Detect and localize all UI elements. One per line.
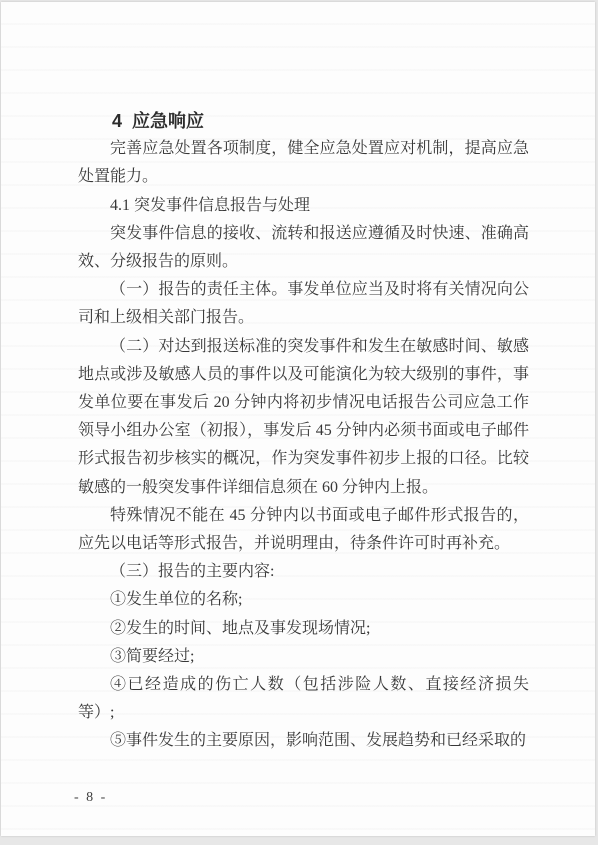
paragraph-item-3: （三）报告的主要内容: (78, 558, 529, 586)
list-item-3: ③简要经过; (78, 643, 529, 671)
scanned-document-viewport: 4 应急响应 完善应急处置各项制度，健全应急处置应对机制，提高应急处置能力。 4… (0, 0, 598, 845)
document-page: 4 应急响应 完善应急处置各项制度，健全应急处置应对机制，提高应急处置能力。 4… (1, 2, 595, 836)
paragraph-item-1: （一）报告的责任主体。事发单位应当及时将有关情况向公司和上级相关部门报告。 (78, 276, 529, 332)
list-item-2: ②发生的时间、地点及事发现场情况; (78, 615, 529, 643)
paragraph-reporting-principle: 突发事件信息的接收、流转和报送应遵循及时快速、准确高效、分级报告的原则。 (78, 220, 529, 276)
paragraph-intro: 完善应急处置各项制度，健全应急处置应对机制，提高应急处置能力。 (78, 135, 529, 191)
section-heading: 4 应急响应 (78, 107, 529, 135)
document-content: 4 应急响应 完善应急处置各项制度，健全应急处置应对机制，提高应急处置能力。 4… (78, 107, 529, 756)
list-item-1: ①发生单位的名称; (78, 586, 529, 614)
list-item-5: ⑤事件发生的主要原因，影响范围、发展趋势和已经采取的 (78, 727, 529, 755)
paragraph-special-case: 特殊情况不能在 45 分钟内以书面或电子邮件形式报告的，应先以电话等形式报告，并… (78, 502, 529, 558)
subsection-heading: 4.1 突发事件信息报告与处理 (78, 192, 529, 220)
paragraph-item-2: （二）对达到报送标准的突发事件和发生在敏感时间、敏感地点或涉及敏感人员的事件以及… (78, 333, 529, 502)
list-item-4: ④已经造成的伤亡人数（包括涉险人数、直接经济损失等）; (78, 671, 529, 727)
page-number: - 8 - (74, 790, 107, 806)
